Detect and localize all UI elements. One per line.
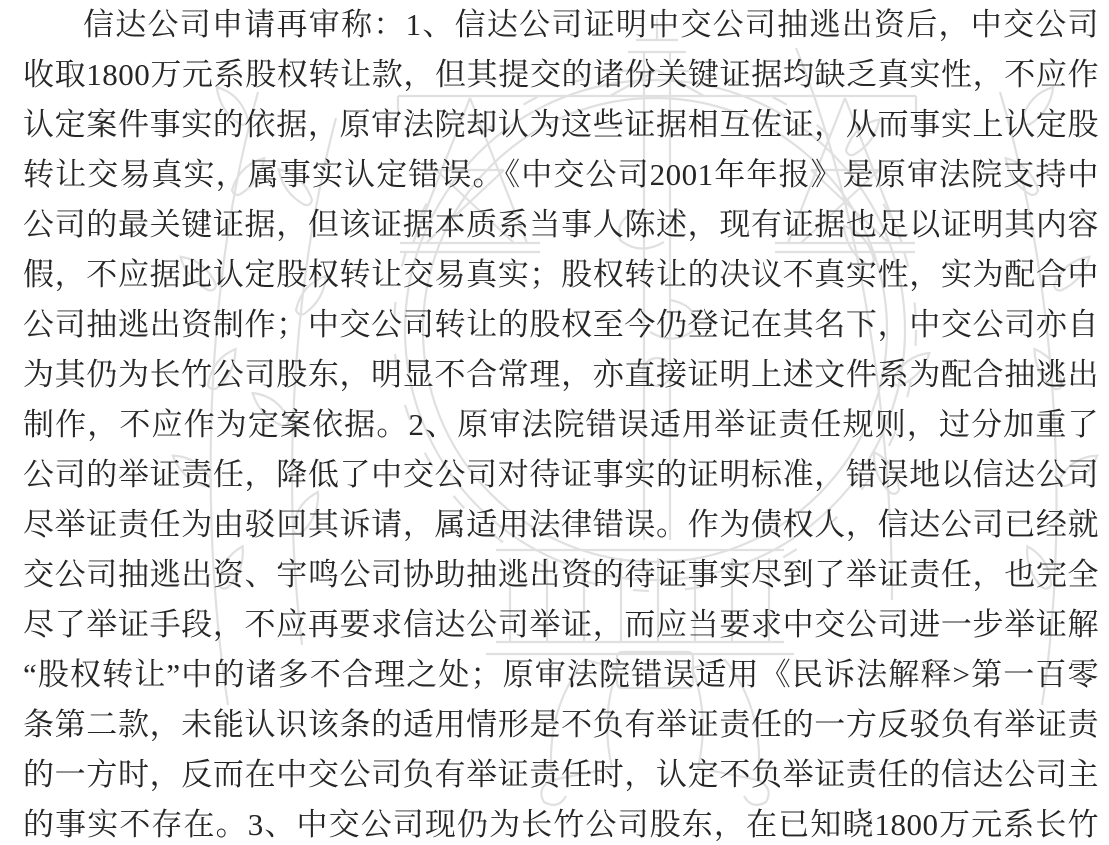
text-line: 收取1800万元系股权转让款，但其提交的诸份关键证据均缺乏真实性，不应作为 <box>23 50 1099 100</box>
text-line: 转让交易真实，属事实认定错误。《中交公司2001年年报》是原审法院支持中交 <box>23 150 1099 200</box>
text-line: 假，不应据此认定股权转让交易真实；股权转让的决议不真实性，实为配合中交 <box>23 250 1099 300</box>
text-line: 的一方时，反而在中交公司负有举证责任时，认定不负举证责任的信达公司主张 <box>23 750 1099 800</box>
text-line: 的事实不存在。3、中交公司现仍为长竹公司股东，在已知晓1800万元系长竹公司 <box>23 800 1099 845</box>
text-line: 认定案件事实的依据，原审法院却认为这些证据相互佐证，从而事实上认定股权 <box>23 100 1099 150</box>
document-page: 信达公司申请再审称：1、信达公司证明中交公司抽逃出资后，中交公司主张 收取180… <box>0 0 1109 845</box>
text-line: 为其仍为长竹公司股东，明显不合常理，亦直接证明上述文件系为配合抽逃出资 <box>23 350 1099 400</box>
text-line: 公司的最关键证据，但该证据本质系当事人陈述，现有证据也足以证明其内容虚 <box>23 200 1099 250</box>
text-line: 公司的举证责任，降低了中交公司对待证事实的证明标准，错误地以信达公司未 <box>23 450 1099 500</box>
text-line: 信达公司申请再审称：1、信达公司证明中交公司抽逃出资后，中交公司主张 <box>23 0 1099 50</box>
text-line: 尽了举证手段，不应再要求信达公司举证，而应当要求中交公司进一步举证解释 <box>23 600 1099 650</box>
text-line: 制作，不应作为定案依据。2、原审法院错误适用举证责任规则，过分加重了信达 <box>23 400 1099 450</box>
text-line: 条第二款，未能认识该条的适用情形是不负有举证责任的一方反驳负有举证责任 <box>23 700 1099 750</box>
legal-text-paragraph: 信达公司申请再审称：1、信达公司证明中交公司抽逃出资后，中交公司主张 收取180… <box>23 0 1099 845</box>
text-line: 公司抽逃出资制作；中交公司转让的股权至今仍登记在其名下，中交公司亦自认 <box>23 300 1099 350</box>
text-line: 交公司抽逃出资、宇鸣公司协助抽逃出资的待证事实尽到了举证责任，也完全穷 <box>23 550 1099 600</box>
text-line: “股权转让”中的诸多不合理之处；原审法院错误适用《民诉法解释>第一百零八 <box>23 650 1099 700</box>
text-line: 尽举证责任为由驳回其诉请，属适用法律错误。作为债权人，信达公司已经就中 <box>23 500 1099 550</box>
